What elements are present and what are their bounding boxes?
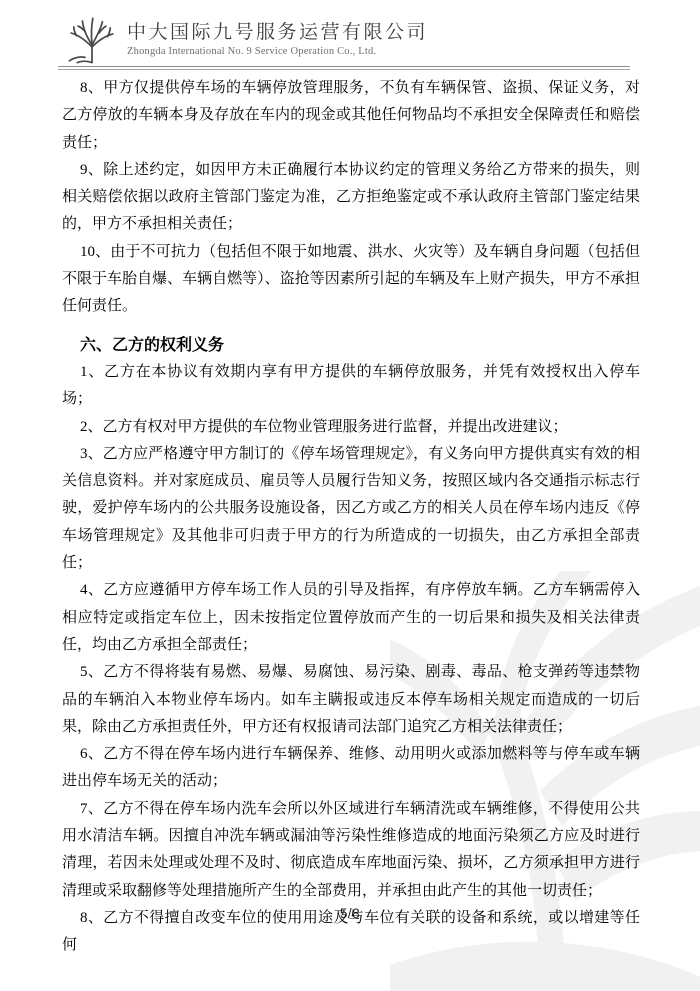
company-name: 中大国际九号服务运营有限公司 [127, 21, 428, 45]
clause-paragraph: 8、甲方仅提供停车场的车辆停放管理服务，不负有车辆保管、盗损、保证义务，对乙方停… [62, 75, 640, 157]
page-number: 5/8 [340, 906, 360, 921]
clause-paragraph: 10、由于不可抗力（包括但不限于如地震、洪水、火灾等）及车辆自身问题（包括但不限… [62, 239, 640, 321]
company-names: 中大国际九号服务运营有限公司 Zhongda International No.… [127, 21, 428, 59]
header-divider [58, 66, 630, 70]
clause-paragraph: 7、乙方不得在停车场内洗车会所以外区域进行车辆清洗或车辆维修，不得使用公共用水清… [62, 796, 640, 905]
clause-paragraph: 6、乙方不得在停车场内进行车辆保养、维修、动用明火或添加燃料等与停车或车辆进出停… [62, 741, 640, 796]
document-footer: 5/8 [0, 905, 700, 923]
clause-paragraph: 2、乙方有权对甲方提供的车位物业管理服务进行监督，并提出改进建议； [62, 414, 640, 441]
company-name-english: Zhongda International No. 9 Service Oper… [127, 45, 428, 59]
section-heading: 六、乙方的权利义务 [62, 332, 640, 359]
clause-list-top: 8、甲方仅提供停车场的车辆停放管理服务，不负有车辆保管、盗损、保证义务，对乙方停… [62, 75, 640, 321]
clause-list-section: 1、乙方在本协议有效期内享有甲方提供的车辆停放服务，并凭有效授权出入停车场；2、… [62, 359, 640, 960]
clause-paragraph: 9、除上述约定，如因甲方未正确履行本协议约定的管理义务给乙方带来的损失，则相关赔… [62, 157, 640, 239]
document-header: 中大国际九号服务运营有限公司 Zhongda International No.… [0, 0, 700, 58]
clause-paragraph: 4、乙方应遵循甲方停车场工作人员的引导及指挥，有序停放车辆。乙方车辆需停入相应特… [62, 577, 640, 659]
document-page: 中大国际九号服务运营有限公司 Zhongda International No.… [0, 0, 700, 991]
document-body: 8、甲方仅提供停车场的车辆停放管理服务，不负有车辆保管、盗损、保证义务，对乙方停… [62, 75, 640, 960]
tree-icon [66, 14, 118, 66]
clause-paragraph: 1、乙方在本协议有效期内享有甲方提供的车辆停放服务，并凭有效授权出入停车场； [62, 359, 640, 414]
clause-paragraph: 3、乙方应严格遵守甲方制订的《停车场管理规定》，有义务向甲方提供真实有效的相关信… [62, 441, 640, 577]
clause-paragraph: 5、乙方不得将装有易燃、易爆、易腐蚀、易污染、剧毒、毒品、枪支弹药等违禁物品的车… [62, 659, 640, 741]
